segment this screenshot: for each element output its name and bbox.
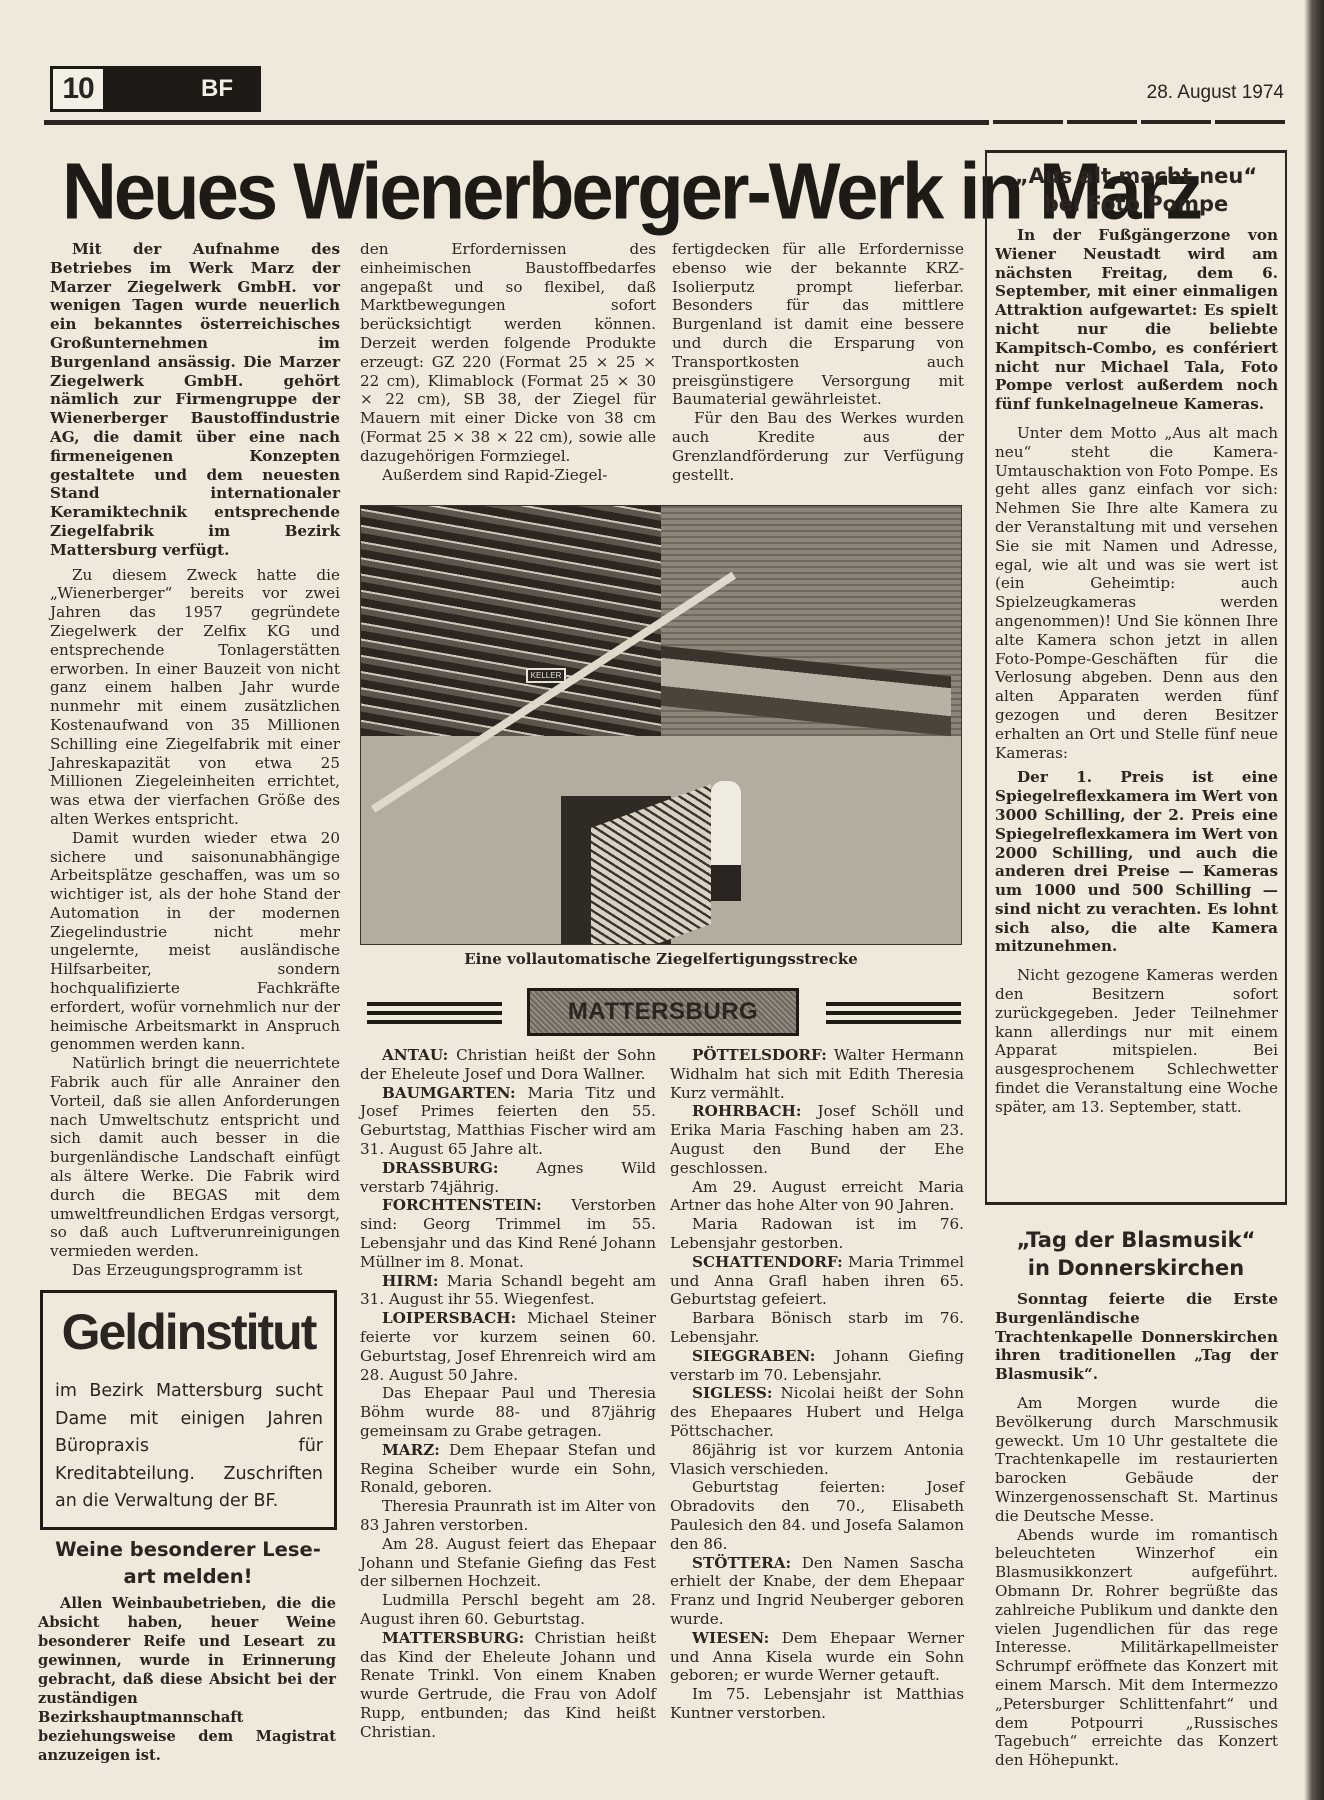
foto-pompe-closing: Nicht gezogene Kameras werden den Besitz… <box>995 966 1278 1116</box>
article-lead: Mit der Aufnahme des Betriebes im Werk M… <box>50 240 340 560</box>
news-item: SCHATTENDORF: Maria Trimmel und Anna Gra… <box>670 1253 964 1309</box>
decorative-rules-right <box>826 1002 961 1024</box>
news-item: SIEGGRABEN: Johann Giefing verstarb im 7… <box>670 1347 964 1385</box>
news-item: ANTAU: Christian heißt der Sohn der Ehel… <box>360 1046 656 1084</box>
photo-caption: Eine vollautomatische Ziegelfertigungsst… <box>360 950 962 968</box>
news-item: MARZ: Dem Ehepaar Stefan und Regina Sche… <box>360 1441 656 1497</box>
news-item: Das Ehepaar Paul und Theresia Böhm wurde… <box>360 1384 656 1440</box>
header-rule-dashed <box>993 120 1285 124</box>
article-paragraph: Abends wurde im romantisch beleuchteten … <box>995 1526 1278 1770</box>
news-item: DRASSBURG: Agnes Wild verstarb 74jährig. <box>360 1159 656 1197</box>
news-item: 86jährig ist vor kurzem Antonia Vlasich … <box>670 1441 964 1479</box>
article-paragraph: Außerdem sind Rapid-Ziegel- <box>360 466 656 485</box>
foto-pompe-article: In der Fußgängerzone von Wiener Neustadt… <box>995 226 1278 1117</box>
regional-news-column-1: ANTAU: Christian heißt der Sohn der Ehel… <box>360 1046 656 1741</box>
news-item: LOIPERSBACH: Michael Steiner feierte vor… <box>360 1309 656 1384</box>
news-item: WIESEN: Dem Ehepaar Werner und Anna Kise… <box>670 1629 964 1685</box>
issue-date: 28. August 1974 <box>1147 82 1284 104</box>
article-paragraph: Natürlich bringt die neuerrichtete Fabri… <box>50 1054 340 1261</box>
article-paragraph: Das Erzeugungsprogramm ist <box>50 1261 340 1280</box>
blasmusik-lead: Sonntag feierte die Erste Burgenländisch… <box>995 1290 1278 1384</box>
section-label: MATTERSBURG <box>527 988 799 1036</box>
masthead: 10 BF <box>50 66 261 112</box>
article-paragraph: fertigdecken für alle Erfordernisse eben… <box>672 240 964 409</box>
section-header: MATTERSBURG <box>365 988 961 1038</box>
main-article-column-1: Mit der Aufnahme des Betriebes im Werk M… <box>50 240 340 1280</box>
photo-sign: KELLER <box>526 668 566 683</box>
article-paragraph: Für den Bau des Werkes wurden auch Kredi… <box>672 409 964 484</box>
wine-notice-text: Allen Weinbaubetrieben, die die Absicht … <box>38 1594 336 1765</box>
paper-logo: BF <box>106 66 261 112</box>
news-item: FORCHTENSTEIN: Verstorben sind: Georg Tr… <box>360 1196 656 1271</box>
news-item: BAUMGARTEN: Maria Titz und Josef Primes … <box>360 1084 656 1159</box>
main-article-column-3: fertigdecken für alle Erfordernisse eben… <box>672 240 964 484</box>
regional-news-column-2: PÖTTELSDORF: Walter Hermann Widhalm hat … <box>670 1046 964 1723</box>
page-number: 10 <box>50 66 106 112</box>
classified-ad-title: Geldinstitut <box>40 1304 337 1360</box>
photo-worker <box>711 781 741 901</box>
page-edge-shadow <box>1304 0 1324 1800</box>
news-item: Im 75. Lebensjahr ist Matthias Kuntner v… <box>670 1685 964 1723</box>
article-paragraph: Damit wurden wieder etwa 20 sichere und … <box>50 829 340 1055</box>
article-paragraph: den Erfordernissen des einheimischen Bau… <box>360 240 656 466</box>
news-item: PÖTTELSDORF: Walter Hermann Widhalm hat … <box>670 1046 964 1102</box>
foto-pompe-lead: In der Fußgängerzone von Wiener Neustadt… <box>995 226 1278 414</box>
news-item: Ludmilla Perschl begeht am 28. August ih… <box>360 1591 656 1629</box>
news-item: Am 28. August feiert das Ehepaar Johann … <box>360 1535 656 1591</box>
foto-pompe-prizes: Der 1. Preis ist eine Spiegelreflexkamer… <box>995 768 1278 956</box>
article-paragraph: Zu diesem Zweck hatte die „Wienerberger“… <box>50 566 340 829</box>
news-item: Theresia Praunrath ist im Alter von 83 J… <box>360 1497 656 1535</box>
wine-notice-headline: Weine besonderer Lese- art melden! <box>38 1536 338 1590</box>
blasmusik-article: Sonntag feierte die Erste Burgenländisch… <box>995 1290 1278 1770</box>
decorative-rules-left <box>367 1002 502 1024</box>
foto-pompe-headline: „Aus alt macht neu“ bei Foto Pompe <box>990 162 1282 218</box>
header-rule <box>44 120 989 125</box>
news-item: Maria Radowan ist im 76. Lebensjahr gest… <box>670 1215 964 1253</box>
photo-machinery <box>361 506 661 736</box>
main-headline: Neues Wienerberger-Werk in Marz <box>62 150 952 234</box>
factory-photo: KELLER <box>360 505 962 945</box>
newspaper-page: 10 BF 28. August 1974 Neues Wienerberger… <box>0 0 1324 1800</box>
news-item: ROHRBACH: Josef Schöll und Erika Maria F… <box>670 1102 964 1177</box>
main-article-column-2: den Erfordernissen des einheimischen Bau… <box>360 240 656 484</box>
news-item: Geburtstag feierten: Josef Obradovits de… <box>670 1478 964 1553</box>
blasmusik-headline: „Tag der Blasmusik“ in Donnerskirchen <box>990 1226 1282 1282</box>
foto-pompe-body: Unter dem Motto „Aus alt mach neu“ steht… <box>995 424 1278 762</box>
news-item: HIRM: Maria Schandl begeht am 31. August… <box>360 1272 656 1310</box>
classified-ad-text: im Bezirk Mattersburg sucht Dame mit ein… <box>55 1378 323 1516</box>
news-item: SIGLESS: Nicolai heißt der Sohn des Ehep… <box>670 1384 964 1440</box>
news-item: MATTERSBURG: Christian heißt das Kind de… <box>360 1629 656 1742</box>
article-paragraph: Am Morgen wurde die Bevölkerung durch Ma… <box>995 1394 1278 1526</box>
news-item: STÖTTERA: Den Namen Sascha erhielt der K… <box>670 1554 964 1629</box>
news-item: Barbara Bönisch starb im 76. Lebensjahr. <box>670 1309 964 1347</box>
news-item: Am 29. August erreicht Maria Artner das … <box>670 1178 964 1216</box>
